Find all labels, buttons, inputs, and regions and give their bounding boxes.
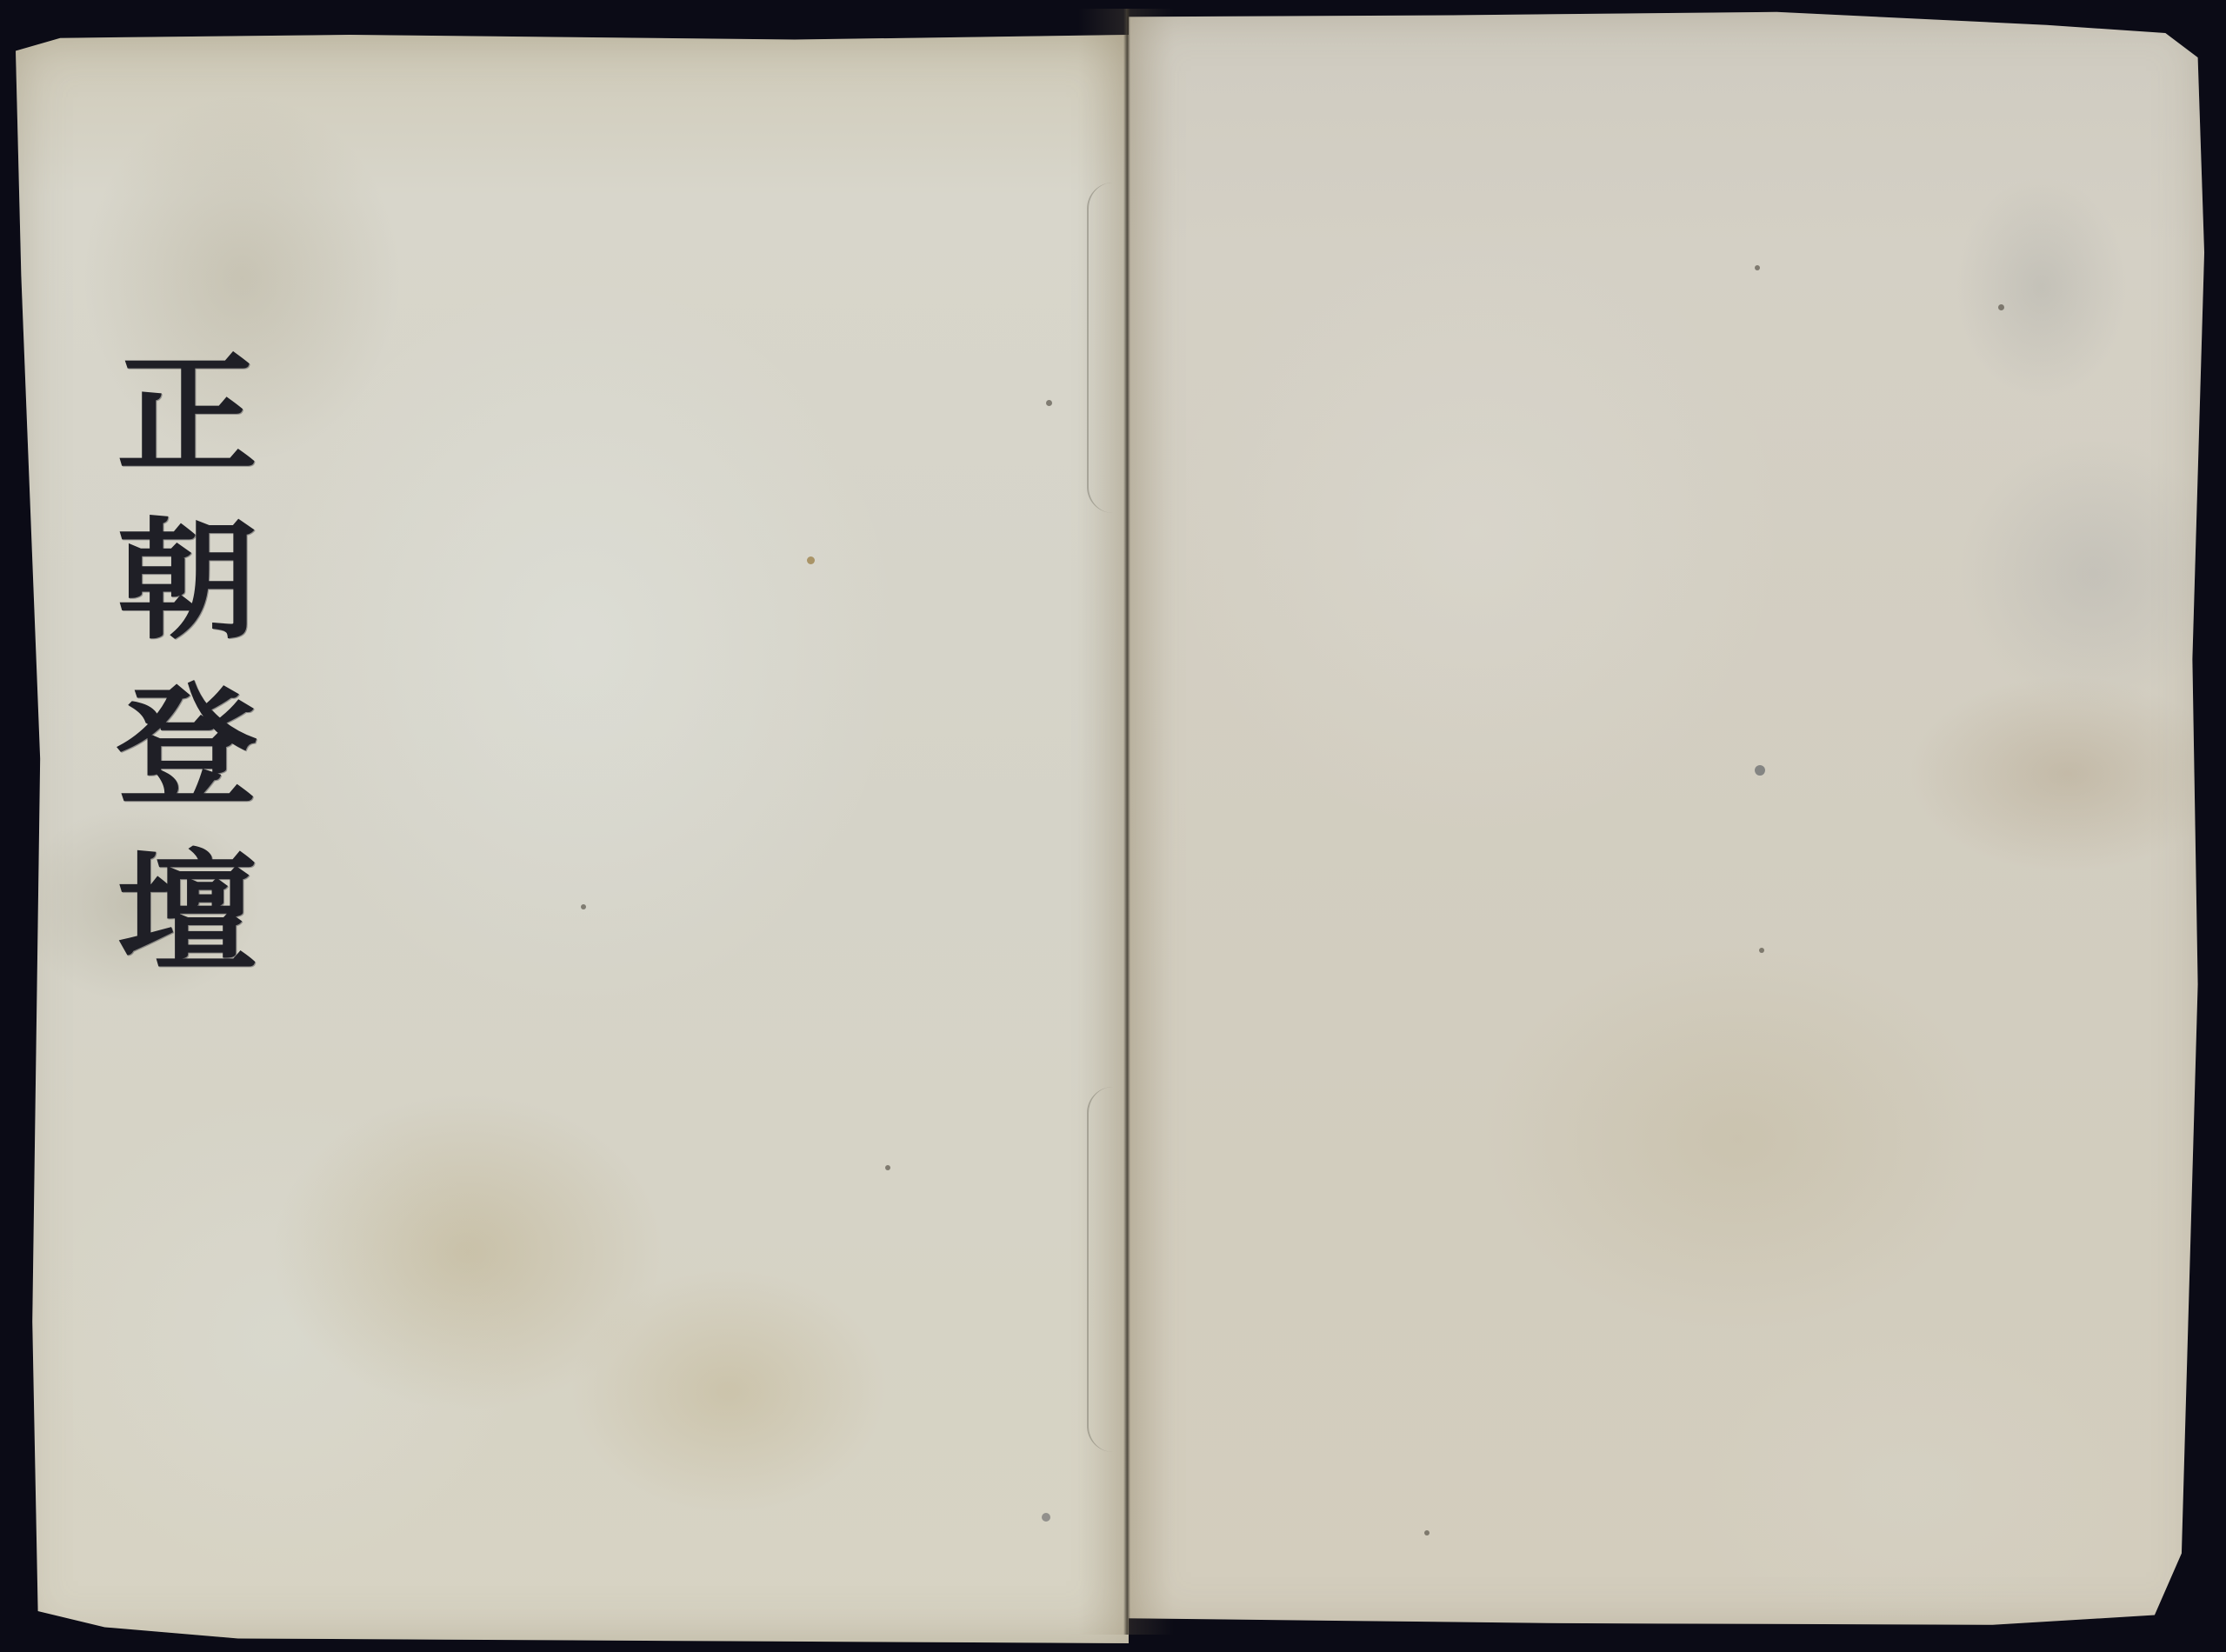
right-page-edge-shading [1129,9,2209,1635]
paper-speck [885,1165,890,1170]
paper-speck [581,904,586,909]
title-char-2: 朝 [117,510,257,653]
title-char-3: 登 [117,676,257,819]
handwritten-title: 正 朝 登 壇 [83,343,291,985]
paper-speck [1042,1513,1050,1522]
paper-speck [2207,1339,2211,1343]
paper-speck [1755,265,1760,270]
paper-speck [1998,304,2004,310]
book-spread: 正 朝 登 壇 [0,0,2226,1652]
paper-speck [1759,948,1764,953]
paper-speck [1046,400,1052,406]
title-char-1: 正 [117,343,257,487]
right-page [1129,9,2209,1635]
book-spine-gutter [1123,9,1130,1635]
title-char-4: 壇 [117,842,257,985]
paper-speck [1424,1530,1430,1535]
paper-speck [807,556,815,564]
paper-speck [1755,765,1765,776]
